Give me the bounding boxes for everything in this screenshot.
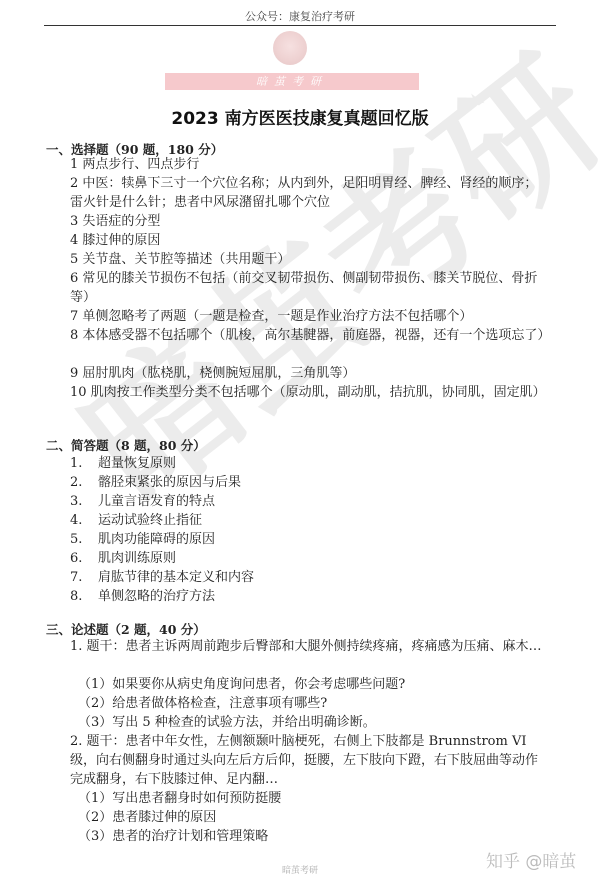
list-item: 4.运动试验终止指征 bbox=[70, 511, 202, 530]
list-item: 7 单侧忽略考了两题（一题是检查，一题是作业治疗方法不包括哪个） bbox=[70, 307, 550, 326]
logo-avatar-icon bbox=[273, 31, 307, 65]
list-item: 6 常见的膝关节损伤不包括（前交叉韧带损伤、侧副韧带损伤、膝关节脱位、骨折等） bbox=[70, 269, 550, 307]
list-item: 1.超量恢复原则 bbox=[70, 454, 176, 473]
section-heading-short-answer: 二、简答题（8 题，80 分） bbox=[46, 436, 206, 454]
footer-text: 暗茧考研 bbox=[0, 863, 600, 876]
logo-banner: 暗茧考研 bbox=[165, 73, 419, 90]
list-item: 4 膝过伸的原因 bbox=[70, 231, 550, 250]
document-title: 2023 南方医医技康复真题回忆版 bbox=[0, 104, 600, 129]
list-item: 9 屈肘肌肉（肱桡肌，桡侧腕短屈肌，三角肌等） bbox=[70, 364, 550, 383]
list-item: 6.肌肉训练原则 bbox=[70, 549, 176, 568]
list-item: 10 肌肉按工作类型分类不包括哪个（原动肌，副动肌，拮抗肌，协同肌，固定肌） bbox=[70, 383, 550, 402]
list-item: 5 关节盘、关节腔等描述（共用题干） bbox=[70, 250, 550, 269]
list-item: 8 本体感受器不包括哪个（肌梭，高尔基腱器，前庭器，视器，还有一个选项忘了） bbox=[70, 326, 550, 345]
list-item: 3.儿童言语发育的特点 bbox=[70, 492, 215, 511]
list-item: 5.肌肉功能障碍的原因 bbox=[70, 530, 215, 549]
header-divider bbox=[44, 25, 556, 26]
list-item: 2 中医：犊鼻下三寸一个穴位名称；从内到外，足阳明胃经、脾经、肾经的顺序；雷火针… bbox=[70, 174, 550, 212]
sub-question: （2）给患者做体格检查，注意事项有哪些? bbox=[78, 694, 327, 713]
list-item: 1 两点步行、四点步行 bbox=[70, 155, 550, 174]
section-heading-essay: 三、论述题（2 题，40 分） bbox=[46, 620, 206, 638]
question-stem: 1. 题干：患者主诉两周前跑步后臀部和大腿外侧持续疼痛，疼痛感为压痛、麻木… bbox=[70, 637, 550, 656]
sub-question: （3）写出 5 种检查的试验方法，并给出明确诊断。 bbox=[78, 713, 376, 732]
sub-question: （1）写出患者翻身时如何预防挺腰 bbox=[78, 789, 281, 808]
document-page: 公众号：康复治疗考研 暗茧考研 暗茧考研 2023 南方医医技康复真题回忆版 一… bbox=[0, 0, 600, 885]
list-item: 8.单侧忽略的治疗方法 bbox=[70, 587, 215, 606]
sub-question: （3）患者的治疗计划和管理策略 bbox=[78, 827, 268, 846]
sub-question: （2）患者膝过伸的原因 bbox=[78, 808, 216, 827]
list-item: 2.髂胫束紧张的原因与后果 bbox=[70, 473, 241, 492]
sub-question: （1）如果要你从病史角度询问患者，你会考虑哪些问题? bbox=[78, 675, 405, 694]
list-item: 7.肩肱节律的基本定义和内容 bbox=[70, 568, 254, 587]
header-account: 公众号：康复治疗考研 bbox=[0, 8, 600, 24]
question-stem: 2. 题干：患者中年女性，左侧额颞叶脑梗死，右侧上下肢都是 Brunnstrom… bbox=[70, 732, 550, 789]
list-item: 3 失语症的分型 bbox=[70, 212, 550, 231]
